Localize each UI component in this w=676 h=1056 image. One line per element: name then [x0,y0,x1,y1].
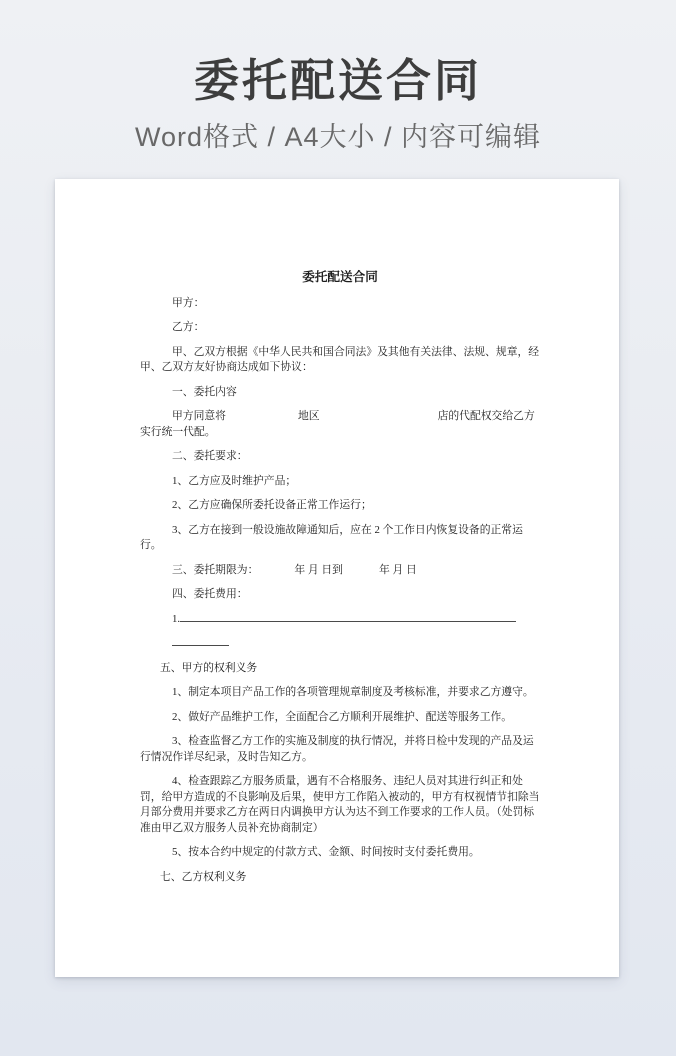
document-page: 委托配送合同 甲方：乙方：甲、乙双方根据《中华人民共和国合同法》及其他有关法律、… [55,179,619,977]
doc-paragraph: 1、制定本项目产品工作的各项管理规章制度及考核标准，并要求乙方遵守。 [140,685,540,701]
page-title: 委托配送合同 [0,56,676,106]
doc-text: 2、做好产品维护工作，全面配合乙方顺利开展维护、配送等服务工作。 [172,711,512,723]
doc-text: 五、甲方的权利义务 [160,662,257,674]
doc-text: 甲方同意将 [172,410,226,422]
doc-paragraph: 二、委托要求： [140,449,540,465]
blank-underline [172,636,229,646]
doc-text: 1、乙方应及时维护产品； [172,475,296,487]
blank-underline [180,612,516,622]
doc-paragraph: 乙方： [140,320,540,336]
doc-paragraph: 3、检查监督乙方工作的实施及制度的执行情况，并将日检中发现的产品及运行情况作详尽… [140,734,540,765]
doc-paragraph: 2、乙方应确保所委托设备正常工作运行； [140,498,540,514]
doc-text: 4、检查跟踪乙方服务质量，遇有不合格服务、违纪人员对其进行纠正和处罚，给甲方造成… [140,775,539,834]
doc-paragraph: 五、甲方的权利义务 [140,661,540,677]
doc-text: 四、委托费用： [172,588,248,600]
doc-paragraph: 一、委托内容 [140,385,540,401]
doc-paragraph: 甲方同意将地区店的代配权交给乙方实行统一代配。 [140,409,540,440]
doc-text: 1、制定本项目产品工作的各项管理规章制度及考核标准，并要求乙方遵守。 [172,686,534,698]
doc-paragraph: 2、做好产品维护工作，全面配合乙方顺利开展维护、配送等服务工作。 [140,710,540,726]
doc-text: 甲、乙双方根据《中华人民共和国合同法》及其他有关法律、法规、规章，经甲、乙双方友… [140,346,539,374]
doc-paragraph: 甲、乙双方根据《中华人民共和国合同法》及其他有关法律、法规、规章，经甲、乙双方友… [140,345,540,376]
doc-paragraph: 甲方： [140,296,540,312]
doc-text: 3、检查监督乙方工作的实施及制度的执行情况，并将日检中发现的产品及运行情况作详尽… [140,735,534,763]
doc-text: 1. [172,613,180,625]
page-header: 委托配送合同 Word格式 / A4大小 / 内容可编辑 [0,0,676,154]
doc-text: 二、委托要求： [172,450,248,462]
doc-text: 地区 [298,410,320,422]
doc-paragraph: 5、按本合约中规定的付款方式、金额、时间按时支付委托费用。 [140,845,540,861]
document-title: 委托配送合同 [140,270,540,286]
doc-text: 5、按本合约中规定的付款方式、金额、时间按时支付委托费用。 [172,846,480,858]
doc-text: 三、委托期限为： [172,564,258,576]
doc-text: 2、乙方应确保所委托设备正常工作运行； [172,499,372,511]
doc-paragraph: 四、委托费用： [140,587,540,603]
doc-paragraph: 三、委托期限为：年 月 日到年 月 日 [140,563,540,579]
doc-text: 年 月 日到 [294,564,343,576]
doc-text: 3、乙方在接到一般设施故障通知后，应在 2 个工作日内恢复设备的正常运行。 [140,524,523,552]
doc-paragraph: 3、乙方在接到一般设施故障通知后，应在 2 个工作日内恢复设备的正常运行。 [140,523,540,554]
document-body: 委托配送合同 甲方：乙方：甲、乙双方根据《中华人民共和国合同法》及其他有关法律、… [140,270,540,894]
page-subtitle: Word格式 / A4大小 / 内容可编辑 [0,115,676,154]
doc-text: 七、乙方权利义务 [160,871,246,883]
doc-text: 甲方： [172,297,204,309]
doc-paragraph: 1. [140,612,540,628]
doc-paragraph: 七、乙方权利义务 [140,870,540,886]
doc-paragraph [140,636,540,652]
doc-text: 一、委托内容 [172,386,237,398]
doc-paragraph: 1、乙方应及时维护产品； [140,474,540,490]
doc-text: 乙方： [172,321,204,333]
doc-text: 年 月 日 [379,564,417,576]
doc-paragraph: 4、检查跟踪乙方服务质量，遇有不合格服务、违纪人员对其进行纠正和处罚，给甲方造成… [140,774,540,836]
